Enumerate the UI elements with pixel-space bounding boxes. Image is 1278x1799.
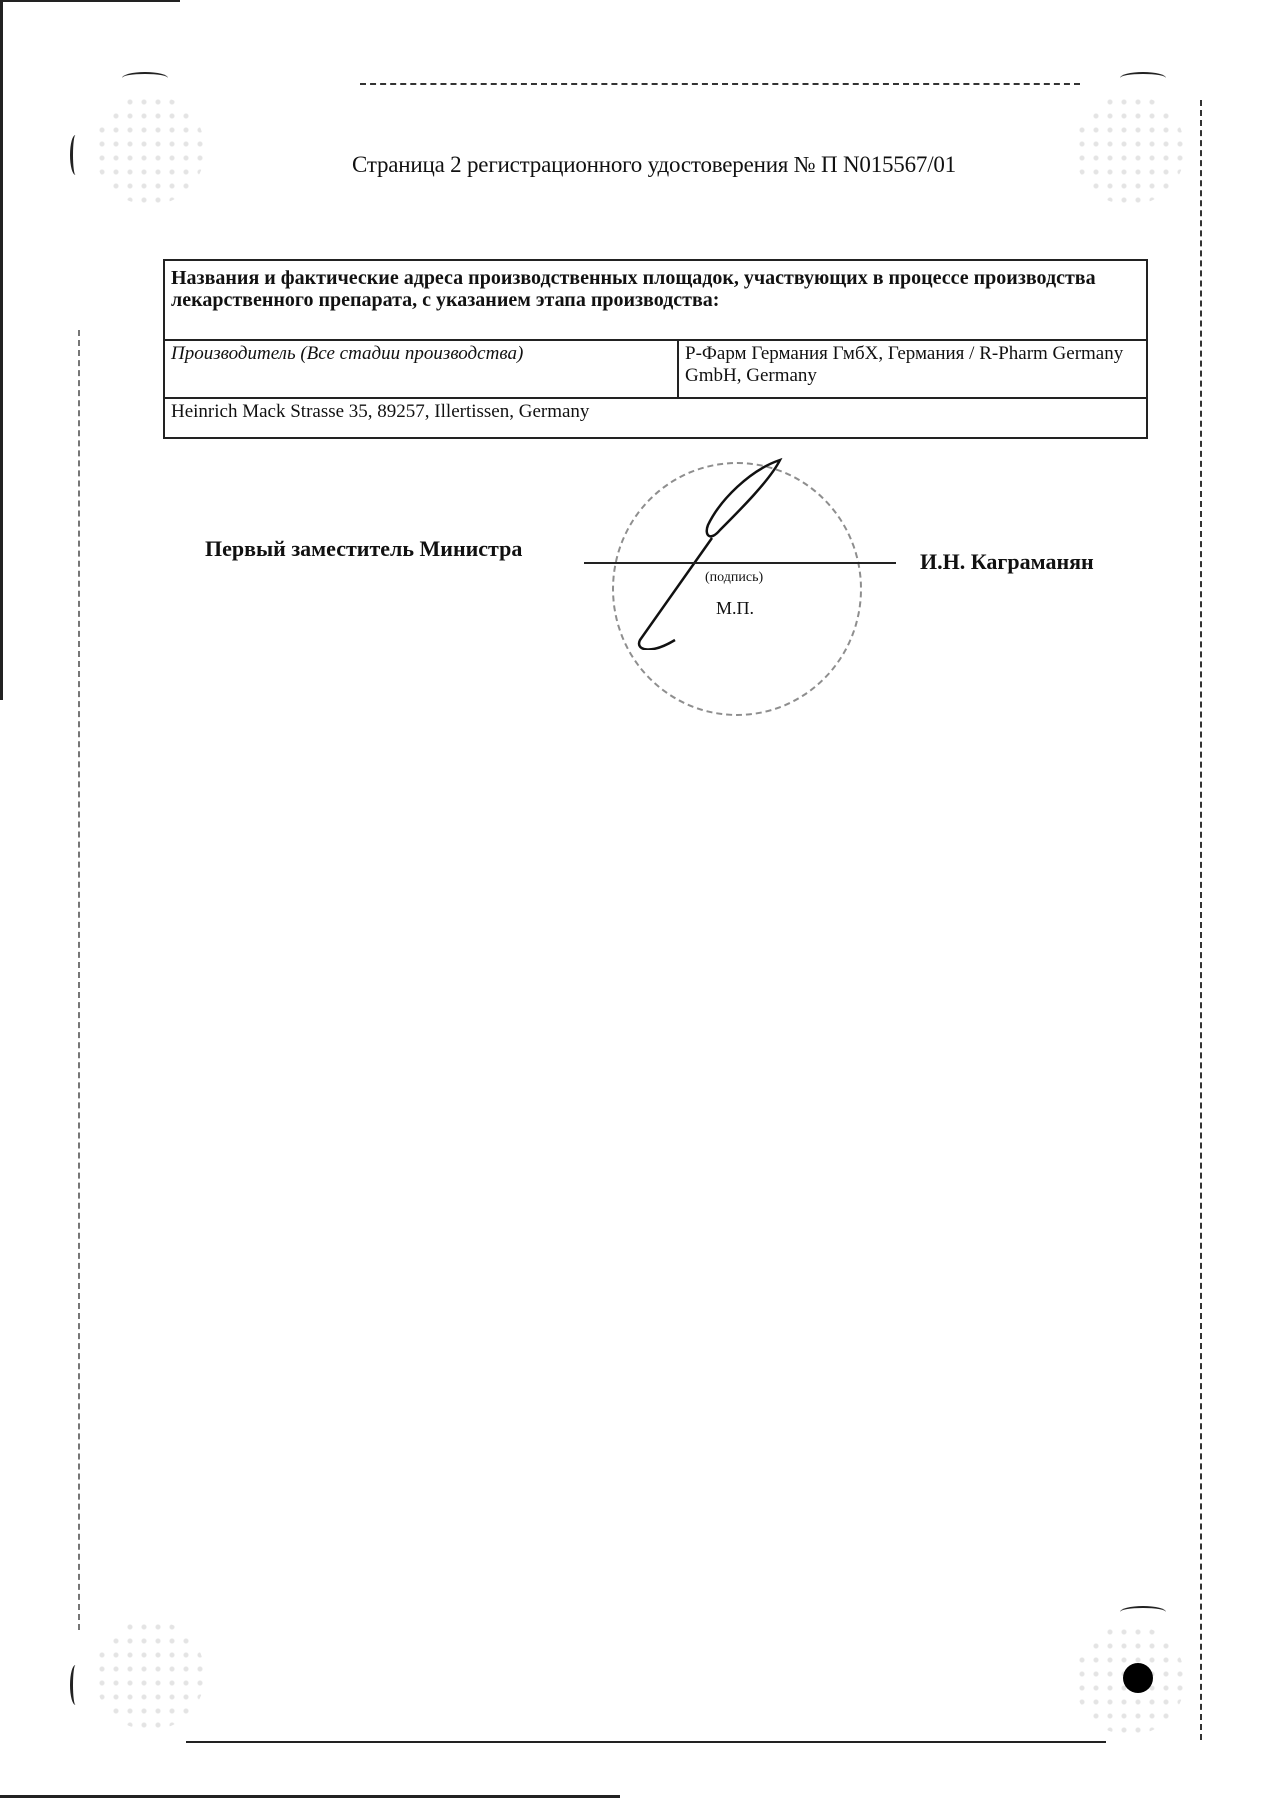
signature-caption: (подпись) bbox=[705, 570, 763, 586]
frame-border-top bbox=[360, 83, 1080, 85]
rosette-center-dot-icon bbox=[1123, 1663, 1153, 1693]
table-header-row: Названия и фактические адреса производст… bbox=[164, 260, 1147, 340]
frame-border-bottom bbox=[186, 1741, 1106, 1743]
manufacturer-address: Heinrich Mack Strasse 35, 89257, Illerti… bbox=[164, 398, 1147, 438]
manufacturer-role: Производитель (Все стадии производства) bbox=[164, 340, 678, 398]
page-edge-top bbox=[0, 0, 180, 2]
table-row: Производитель (Все стадии производства) … bbox=[164, 340, 1147, 398]
production-sites-table: Названия и фактические адреса производст… bbox=[163, 259, 1148, 439]
rosette-arc-icon bbox=[1120, 72, 1166, 84]
rosette-arc-icon bbox=[1120, 1606, 1166, 1618]
signatory-name: И.Н. Каграманян bbox=[920, 549, 1094, 575]
signatory-position: Первый заместитель Министра bbox=[205, 536, 522, 562]
page-edge-bottom bbox=[0, 1795, 620, 1798]
rosette-bottom-left-icon bbox=[95, 1620, 205, 1730]
frame-border-right bbox=[1200, 100, 1202, 1740]
handwritten-signature-icon bbox=[620, 450, 790, 650]
rosette-bracket-icon bbox=[70, 1665, 81, 1705]
page-title: Страница 2 регистрационного удостоверени… bbox=[0, 152, 1278, 178]
table-heading: Названия и фактические адреса производст… bbox=[164, 260, 1147, 340]
signature-line bbox=[584, 562, 896, 564]
manufacturer-company: Р-Фарм Германия ГмбХ, Германия / R-Pharm… bbox=[678, 340, 1147, 398]
rosette-arc-icon bbox=[122, 72, 168, 84]
rosette-top-right-icon bbox=[1075, 95, 1185, 205]
frame-border-left bbox=[78, 330, 80, 1630]
table-row: Heinrich Mack Strasse 35, 89257, Illerti… bbox=[164, 398, 1147, 438]
page-edge-left bbox=[0, 0, 3, 700]
rosette-top-left-icon bbox=[95, 95, 205, 205]
seal-label: М.П. bbox=[716, 598, 754, 619]
